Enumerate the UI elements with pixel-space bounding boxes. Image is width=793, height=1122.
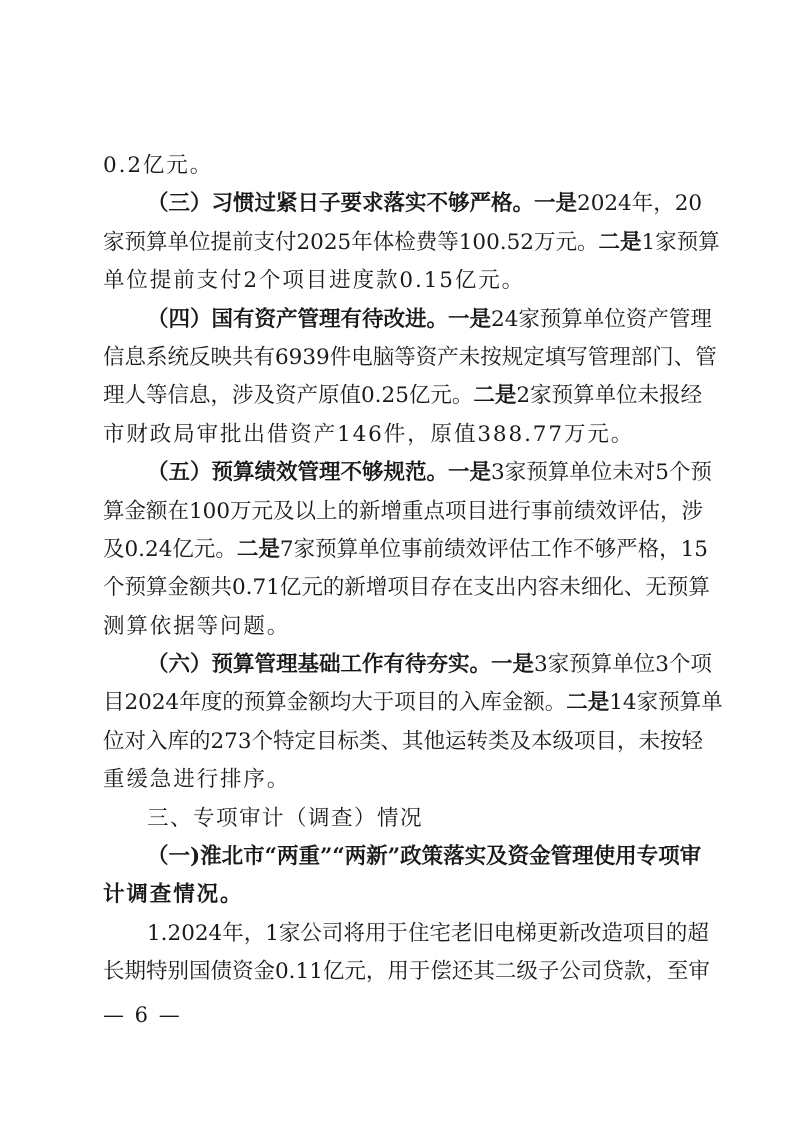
heading-line-wu: （五）预算绩效管理不够规范。一是3家预算单位未对5个预 [103, 454, 693, 492]
text: 个预算金额共0.71亿元的新增项目存在支出内容未细化、无预算 [103, 575, 710, 600]
text: 单位提前支付2个项目进度款0.15亿元。 [103, 268, 525, 293]
subsection-heading: 计调查情况。 [103, 876, 693, 914]
text: 目2024年度的预算金额均大于项目的入库金额。 [103, 690, 566, 715]
paragraph-line: 重缓急进行排序。 [103, 761, 693, 799]
heading-line-san: （三）习惯过紧日子要求落实不够严格。一是2024年，20 [103, 185, 693, 223]
paragraph-line: 0.2亿元。 [103, 147, 693, 185]
text: 三、专项审计（调查）情况 [147, 806, 423, 831]
text: 3家预算单位3个项 [534, 652, 712, 677]
paragraph-line: 市财政局审批出借资产146件，原值388.77万元。 [103, 416, 693, 454]
text: 2024年，20 [577, 191, 702, 216]
page-number: — 6 — [103, 1003, 182, 1027]
paragraph-line: 理人等信息，涉及资产原值0.25亿元。二是2家预算单位未报经 [103, 377, 693, 415]
text: 24家预算单位资产管理 [491, 307, 712, 332]
heading-line-liu: （六）预算管理基础工作有待夯实。一是3家预算单位3个项 [103, 646, 693, 684]
text: 0.2亿元。 [103, 153, 213, 178]
emphasis: 二是 [598, 230, 641, 255]
section-heading: （四）国有资产管理有待改进。一是 [147, 307, 491, 332]
paragraph-line: 长期特别国债资金0.11亿元，用于偿还其二级子公司贷款，至审 [103, 953, 693, 991]
text: 位对入库的273个特定目标类、其他运转类及本级项目，未按轻 [103, 729, 703, 754]
text: 家预算单位提前支付2025年体检费等100.52万元。 [103, 230, 598, 255]
section-heading: （六）预算管理基础工作有待夯实。一是 [147, 652, 534, 677]
document-page: 0.2亿元。 （三）习惯过紧日子要求落实不够严格。一是2024年，20 家预算单… [103, 147, 693, 992]
paragraph-line: 单位提前支付2个项目进度款0.15亿元。 [103, 262, 693, 300]
text: 14家预算单 [609, 690, 722, 715]
text: 1.2024年，1家公司将用于住宅老旧电梯更新改造项目的超 [147, 921, 709, 946]
emphasis: 二是 [566, 690, 609, 715]
subsection-heading-text: （一)淮北市“两重”“两新”政策落实及资金管理使用专项审 [147, 844, 701, 869]
subsection-heading: （一)淮北市“两重”“两新”政策落实及资金管理使用专项审 [103, 838, 693, 876]
paragraph-line: 测算依据等问题。 [103, 608, 693, 646]
paragraph-line: 位对入库的273个特定目标类、其他运转类及本级项目，未按轻 [103, 723, 693, 761]
text: 3家预算单位未对5个预 [491, 460, 712, 485]
section-heading: （三）习惯过紧日子要求落实不够严格。一是 [147, 191, 577, 216]
paragraph-line: 及0.24亿元。二是7家预算单位事前绩效评估工作不够严格，15 [103, 531, 693, 569]
text: 市财政局审批出借资产146件，原值388.77万元。 [103, 422, 634, 447]
text: 信息系统反映共有6939件电脑等资产未按规定填写管理部门、管 [103, 345, 717, 370]
text: 长期特别国债资金0.11亿元，用于偿还其二级子公司贷款，至审 [103, 959, 710, 984]
heading-line-si: （四）国有资产管理有待改进。一是24家预算单位资产管理 [103, 301, 693, 339]
text: 算金额在100万元及以上的新增重点项目进行事前绩效评估，涉 [103, 499, 703, 524]
subsection-heading-text: 计调查情况。 [103, 882, 243, 907]
text: 重缓急进行排序。 [103, 767, 290, 792]
text: 理人等信息，涉及资产原值0.25亿元。 [103, 383, 473, 408]
section-title: 三、专项审计（调查）情况 [103, 800, 693, 838]
paragraph-line: 算金额在100万元及以上的新增重点项目进行事前绩效评估，涉 [103, 493, 693, 531]
text: 1家预算 [641, 230, 719, 255]
text: 2家预算单位未报经 [516, 383, 702, 408]
text: 及0.24亿元。 [103, 537, 237, 562]
section-heading: （五）预算绩效管理不够规范。一是 [147, 460, 491, 485]
emphasis: 二是 [237, 537, 280, 562]
paragraph-line: 家预算单位提前支付2025年体检费等100.52万元。二是1家预算 [103, 224, 693, 262]
emphasis: 二是 [473, 383, 516, 408]
paragraph-line: 目2024年度的预算金额均大于项目的入库金额。二是14家预算单 [103, 684, 693, 722]
paragraph-line: 个预算金额共0.71亿元的新增项目存在支出内容未细化、无预算 [103, 569, 693, 607]
paragraph-line: 1.2024年，1家公司将用于住宅老旧电梯更新改造项目的超 [103, 915, 693, 953]
text: 测算依据等问题。 [103, 614, 290, 639]
paragraph-line: 信息系统反映共有6939件电脑等资产未按规定填写管理部门、管 [103, 339, 693, 377]
text: 7家预算单位事前绩效评估工作不够严格，15 [280, 537, 708, 562]
